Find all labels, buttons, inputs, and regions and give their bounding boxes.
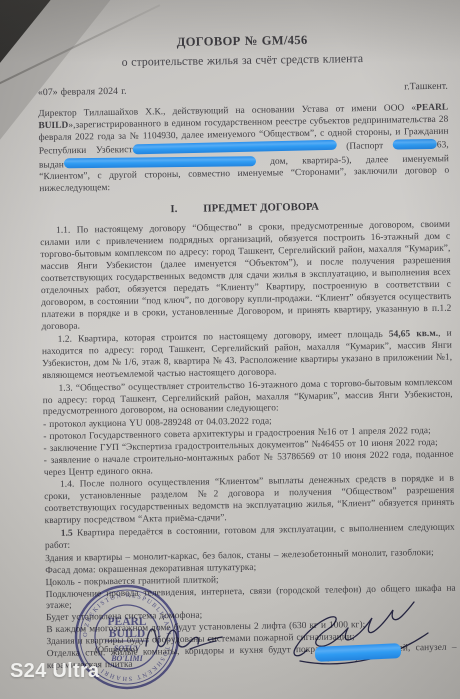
section-title: ПРЕДМЕТ ДОГОВОРА (203, 201, 319, 216)
redaction-passport-issuer (64, 156, 256, 168)
date-row: «07» февраля 2024 г. г.Ташкент. (38, 81, 448, 100)
company-signature-label: (Общество) (95, 644, 138, 654)
section-number: I. (170, 203, 177, 217)
apartment-area-value: 54,65 кв.м. (389, 329, 438, 340)
contract-date: «07» февраля 2024 г. (38, 86, 127, 100)
clause-1-5-number: 1.5 (61, 529, 73, 539)
camera-watermark: S24 Ultra (10, 660, 99, 683)
contract-city: г.Ташкент. (404, 81, 448, 94)
redaction-client-name (132, 140, 336, 155)
intro-seg4: (Паспорт (346, 141, 393, 152)
clause-1-1: 1.1. По настоящему договору “Общество” в… (40, 220, 452, 334)
clause-1-4: 1.4. После полного осуществления “Клиент… (44, 474, 455, 528)
redaction-passport-number (393, 139, 437, 150)
intro-paragraph: Директор Тиллашайхов Х.К., действующий н… (38, 103, 449, 196)
contract-subtitle: о строительстве жилья за счёт средств кл… (37, 50, 447, 71)
contract-document: ДОГОВОР № GM/456 о строительстве жилья з… (37, 31, 457, 673)
intro-seg6: дом, квартира-5), (256, 155, 352, 167)
clause-1-3: 1.3. “Общество” осуществляет строительст… (42, 377, 453, 419)
section-1-heading: I. ПРЕДМЕТ ДОГОВОРА (40, 199, 450, 219)
clause-1-2: 1.2. Квартира, которая строится по насто… (42, 329, 453, 383)
